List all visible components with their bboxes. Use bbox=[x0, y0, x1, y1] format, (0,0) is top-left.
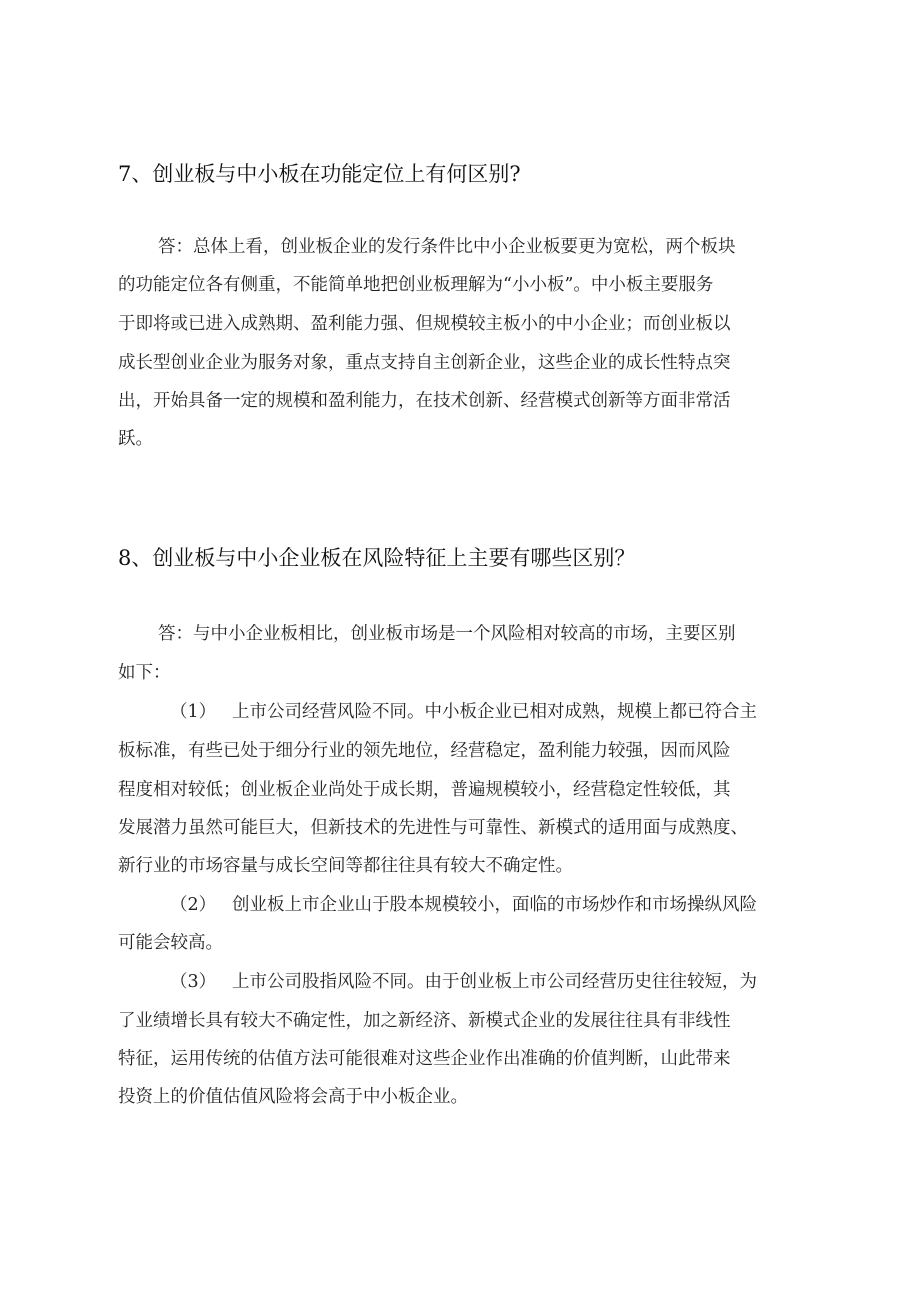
section-8-intro-line: 答：与中小企业板相比，创业板市场是一个风险相对较高的市场，主要区别 bbox=[158, 622, 736, 646]
list-item-1-line: 发展潜力虽然可能巨大，但新技术的先进性与可靠性、新模式的适用面与成熟度、 bbox=[118, 816, 748, 840]
list-item-3-line: 了业绩增长具有较大不确定性，加之新经济、新模式企业的发展往往具有非线性 bbox=[118, 1009, 731, 1033]
section-7-line: 跃。 bbox=[118, 427, 153, 451]
section-8-intro-line: 如下： bbox=[118, 661, 171, 685]
list-item-text: 上市公司股指风险不同。由于创业板上市公司经营历史往往较短，为 bbox=[232, 972, 757, 992]
list-item-1-line: 程度相对较低；创业板企业尚处于成长期，普遍规模较小，经营稳定性较低，其 bbox=[118, 778, 731, 802]
list-item-3-line: 特征，运用传统的估值方法可能很难对这些企业作出准确的价值判断，山此带来 bbox=[118, 1047, 731, 1071]
list-item-2-line: 可能会较高。 bbox=[118, 931, 223, 955]
section-7-line: 于即将或已进入成熟期、盈利能力强、但规模较主板小的中小企业；而创业板以 bbox=[118, 312, 731, 336]
section-7-line: 出，开始具备一定的规模和盈利能力，在技术创新、经营模式创新等方面非常活 bbox=[118, 389, 731, 413]
list-item-1-line: 板标准，有些已处于细分行业的领先地位，经营稳定，盈利能力较强，因而风险 bbox=[118, 739, 731, 763]
list-item-1-first-line: （1）上市公司经营风险不同。中小板企业已相对成熟，规模上都已符合主 bbox=[170, 700, 757, 724]
list-item-number: （1） bbox=[170, 700, 232, 724]
list-item-2-first-line: （2）创业板上市企业山于股本规模较小，面临的市场炒作和市场操纵风险 bbox=[170, 893, 757, 917]
section-7-line: 的功能定位各有侧重，不能简单地把创业板理解为“小小板”。中小板主要服务 bbox=[118, 273, 713, 297]
list-item-number: （2） bbox=[170, 893, 232, 917]
list-item-text: 上市公司经营风险不同。中小板企业已相对成熟，规模上都已符合主 bbox=[232, 702, 757, 722]
section-7-line: 答：总体上看，创业板企业的发行条件比中小企业板要更为宽松，两个板块 bbox=[158, 235, 736, 259]
list-item-3-line: 投资上的价值估值风险将会高于中小板企业。 bbox=[118, 1085, 468, 1109]
list-item-number: （3） bbox=[170, 970, 232, 994]
document-page: 7、创业板与中小板在功能定位上有何区别? 答：总体上看，创业板企业的发行条件比中… bbox=[0, 0, 920, 1301]
list-item-3-first-line: （3）上市公司股指风险不同。由于创业板上市公司经营历史往往较短，为 bbox=[170, 970, 757, 994]
section-8-heading: 8、创业板与中小企业板在风险特征上主要有哪些区别？ bbox=[118, 545, 635, 571]
list-item-1-line: 新行业的市场容量与成长空间等都往往具有较大不确定性。 bbox=[118, 854, 573, 878]
list-item-text: 创业板上市企业山于股本规模较小，面临的市场炒作和市场操纵风险 bbox=[232, 895, 757, 915]
section-7-line: 成长型创业企业为服务对象，重点支持自主创新企业，这些企业的成长性特点突 bbox=[118, 351, 731, 375]
section-7-heading: 7、创业板与中小板在功能定位上有何区别? bbox=[118, 161, 521, 187]
